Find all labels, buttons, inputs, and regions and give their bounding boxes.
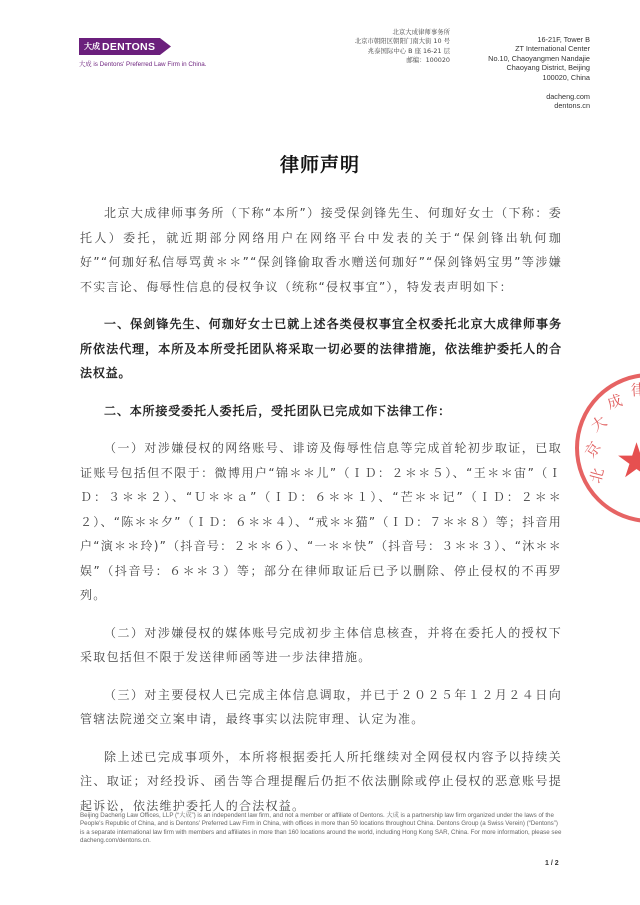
- website-link[interactable]: dentons.cn: [488, 101, 590, 110]
- document-body: 北京大成律师事务所（下称“本所”）接受保剑锋先生、何珈好女士（下称：委托人）委托…: [80, 201, 562, 831]
- seal-star-icon: ★: [615, 437, 640, 485]
- seal-char: 大: [586, 411, 610, 437]
- footer-disclaimer: Beijing Dacheng Law Offices, LLP (“大成”) …: [80, 812, 564, 845]
- address-english: 16-21F, Tower B ZT International Center …: [488, 35, 590, 111]
- section-one-paragraph: 一、保剑锋先生、何珈好女士已就上述各类侵权事宜全权委托北京大成律师事务所依法代理…: [80, 312, 562, 386]
- address-en-line: 16-21F, Tower B: [488, 35, 590, 44]
- address-en-line: 100020, China: [488, 73, 590, 82]
- address-en-line: Chaoyang District, Beijing: [488, 63, 590, 72]
- address-en-line: ZT International Center: [488, 44, 590, 53]
- seal-char: 京: [580, 437, 606, 461]
- closing-paragraph: 除上述已完成事项外，本所将根据委托人所托继续对全网侵权内容予以持续关注、取证；对…: [80, 745, 562, 819]
- logo-brand-text: DENTONS: [102, 41, 155, 53]
- dentons-logo: 大成 DENTONS 大成 is Dentons' Preferred Law …: [79, 38, 207, 68]
- seal-char: 北: [584, 466, 608, 486]
- section-two-heading: 二、本所接受委托人委托后，受托团队已完成如下法律工作：: [80, 399, 562, 424]
- seal-char: 成: [604, 389, 625, 414]
- logo-banner: 大成 DENTONS: [79, 38, 171, 55]
- page-number: 1 / 2: [545, 860, 559, 867]
- intro-paragraph: 北京大成律师事务所（下称“本所”）接受保剑锋先生、何珈好女士（下称：委托人）委托…: [80, 201, 562, 299]
- address-cn-line: 北京市朝阳区朝阳门南大街 10 号: [355, 37, 450, 46]
- address-cn-line: 邮编：100020: [355, 56, 450, 65]
- item-two-paragraph: （二）对涉嫌侵权的媒体账号完成初步主体信息核查，并将在委托人的授权下采取包括但不…: [80, 621, 562, 670]
- document-title: 律师声明: [0, 150, 640, 177]
- seal-char: 律: [630, 379, 640, 401]
- website-link[interactable]: dacheng.com: [488, 92, 590, 101]
- logo-tagline: 大成 is Dentons' Preferred Law Firm in Chi…: [79, 59, 207, 68]
- address-chinese: 北京大成律师事务所 北京市朝阳区朝阳门南大街 10 号 兆泰国际中心 B 座 1…: [355, 28, 450, 65]
- official-seal: 北 京 大 成 律 ★: [575, 373, 640, 523]
- logo-chinese-text: 大成: [84, 41, 100, 52]
- item-three-paragraph: （三）对主要侵权人已完成主体信息调取，并已于２０２５年１２月２４日向管辖法院递交…: [80, 683, 562, 732]
- address-en-line: No.10, Chaoyangmen Nandajie: [488, 54, 590, 63]
- item-one-paragraph: （一）对涉嫌侵权的网络账号、诽谤及侮辱性信息等完成首轮初步取证，已取证账号包括但…: [80, 436, 562, 608]
- address-cn-line: 北京大成律师事务所: [355, 28, 450, 37]
- address-cn-line: 兆泰国际中心 B 座 16-21 层: [355, 47, 450, 56]
